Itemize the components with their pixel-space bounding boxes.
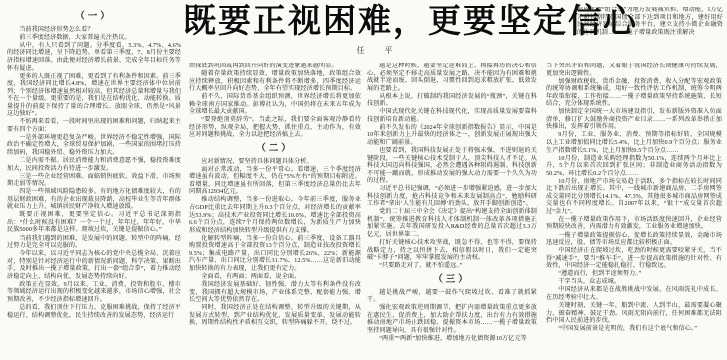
paragraph: 化解转型阵痛，当多一份自信心。前三季度，设备工器具购置投资增速高于全部投资13个… [189, 236, 361, 274]
text-column-4: 当下突出矛盾和问题，又着眼于我国经济长期健康可持续发展，更加突出逻辑性。加强财政… [546, 63, 722, 354]
paragraph: 前不久发布的《2024年全球创新指数报告》显示，中国是10年来创新力上升最快的经… [367, 125, 537, 148]
paragraph: 加快制定全国统一大市场建设指引，发布新版外资准入负面清单，修订扩大鼓励外商投资产… [546, 109, 722, 132]
headline-block: 既要正视困难，更要坚定信心 任 平 [183, 2, 575, 60]
paragraph: 一是外部环境更趋复杂严峻。世界经济不稳定性增强，国际政治不确定性增大，全球贸易保… [7, 135, 181, 158]
paragraph: 加强财政税收、货币金融、投资消费、收入分配等宏观政策的统筹协调和系统集成，用好一… [546, 79, 722, 109]
paragraph: 10月份，房地产市场交易趋于活跃，多个指标在较长时间同比下跌后出现正增长。其中，… [546, 179, 722, 217]
paragraph: 应对新情况，要坚持具体问题具体分析。 [189, 159, 361, 167]
paragraph: “中国发展前景是光明的，我们有这个底气和信心。” [546, 326, 722, 334]
paragraph: 越是这种时候，越要坚定迎难而上、再接再厉的决心和信心，必须坚定不移走高质量发展之… [367, 63, 537, 93]
section-heading: （一） [7, 12, 181, 24]
paragraph: 10月份，制造业采购经理指数为50.1%，连续两个月环比上升，5个月以来首次回到… [546, 156, 722, 179]
paragraph: 政策正在显效。9月以来，工业、消费、投资和股市、楼市等领域经济运行出现的积极变化… [7, 282, 181, 305]
author-byline: 任 平 [183, 45, 575, 56]
paragraph: “遵道而行，但到半途须努力。” [546, 271, 722, 279]
page-title: 既要正视困难，更要坚定信心 [183, 2, 575, 40]
paragraph: 当前我们遇到的困难，是发展中的问题、转型中的阵痛，经过努力是完全可以克服的。 [7, 236, 181, 251]
paragraph: 更多的人既正视了困难，更看到了有利条件和因素。前三季度，我国经济同比增长4.8%… [7, 74, 181, 119]
paragraph: 打好关键核心技术攻坚战，既急不得，也等不得，要保持战略定力，持之以恒拼下去，相信… [367, 240, 537, 263]
text-column-4-headline-wrap: 形成化债“组合拳”为地方发展减负担、增动能，1万亿元超长期特别国债全部下达到项目… [577, 7, 723, 61]
text-column-1: （一）当前我国经济形势怎么看？前三季度经济数据，大家普遍关注热议。从中，有人只看… [7, 8, 181, 354]
paragraph: 中国式现代化关键在科技现代化，实现高质量发展要靠科技创新培育新动能。 [367, 109, 537, 124]
paragraph: “两重”“两新”加快推进，增加地方化债资源10万亿元等 [367, 336, 537, 344]
paragraph: 总的看，我们顶住下行压力、克服困难挑战，保持了经济平稳运行、结构调整优化、民生持… [7, 305, 181, 320]
newspaper-page: 既要正视困难，更要坚定信心 任 平 （一）当前我国经济形势怎么看？前三季度经济数… [0, 0, 727, 360]
paragraph: 从中，有人只看到了问题。分季度看，5.3%、4.7%、4.6%的经济同比增速，呈… [7, 43, 181, 73]
paragraph: 关键时刻，关键一年，船到中流、人到半山，最需要凝心聚力、振奋精神、鼓足干劲。风雨… [546, 303, 722, 326]
paragraph: 前不久，国际货币基金组织预测，世界经济增长将更加依赖全球南方国家推动。彭博社认为… [189, 94, 361, 117]
paragraph: 既要正视困难，更要坚定信心。习近平总书记深刻指出：“什么时候没有困难？一个一个过… [7, 212, 181, 235]
paragraph: 从根本上说，打破制约我国经济发展的“瓶颈”，关键在科技创新。 [367, 94, 537, 109]
paragraph: 随着存量政策持续显效、增量政策加快落地，政策组合效应持续释放，积极因素和有利条件… [189, 71, 361, 94]
paragraph: 二是内需不振。居民消费能力和消费意愿不强，稳投资难度加大，民间投资活力有待进一步… [7, 158, 181, 173]
paragraph: 面对正常波动，当多一份平常心。看增速，三个季度经济增速虽有波动，但幅度不大，仍在… [189, 167, 361, 197]
paragraph: 今年以来，以习近平同志为核心的党中央总揽全局、沉着应对，特别是针对经济运行中的新… [7, 251, 181, 281]
paragraph: 推动结构调整，当多一份进取心。今年前三季度，服务业占GDP比重比去年同期上升0.… [189, 197, 361, 235]
paragraph: 不妨再来看看，一段时间里出现的困难和问题，归纳起来主要有四个方面： [7, 119, 181, 134]
section-heading: （二） [189, 144, 361, 156]
paragraph: “只要路走对了，就不怕遥远。” [367, 263, 537, 271]
paragraph: 前三季度经济数据，大家普遍关注热议。 [7, 35, 181, 43]
paragraph: 9月份，工业、服务业、消费、预期等指标好转，全国规模以上工业增加值同比增长5.4… [546, 132, 722, 155]
section-heading: （三） [367, 275, 537, 287]
paragraph: 习近平总书记强调，“必须进一步增强紧迫感，进一步加大科技创新力度，抢占科技竞争和… [367, 186, 537, 209]
paragraph: 干字当头，众志成城。 [546, 279, 722, 287]
paragraph: 同时，我国经济正处在结构调整、转型升级的关键期，从发展方式转型，到产业结构优化，… [189, 305, 361, 328]
paragraph: 强化宏观政策逆周期调节，把扩内需增量政策重点更多放在惠民生、促消费上，加大助企帮… [367, 305, 537, 335]
paragraph: “要登绝顶莫辞劳”。当此之际，我们要全面客观冷静看待经济形势，纵观全局、把握大势… [189, 117, 361, 140]
paragraph: 我国经济发展基础好、韧性强、潜力大等有利条件没有改变，我国拥有超大规模市场，产业… [189, 282, 361, 305]
paragraph: 也要看到，我国科技发展正处于将强未强、不进则退的关键阶段，一些关键核心技术受制于… [367, 148, 537, 186]
text-column-3: 越是这种时候，越要坚定迎难而上、再接再厉的决心和信心，必须坚定不移走高质量发展之… [367, 63, 537, 354]
paragraph: 中国经济正在爬坡过坎，吃劲的时候更需要咬紧牙关，当不得“减速手”，要当“推车手”… [546, 248, 722, 271]
paragraph: 全面看，有两面；两面看，说全面。 [189, 274, 361, 282]
paragraph: 由探底到巩固或再到回升向好的演变迹象越来越明显。 [189, 63, 361, 71]
paragraph: 在一揽子增量政策作用下，市场活跃度快速回升，企业经营预期较快改善，内需潜力有效激… [546, 217, 722, 232]
paragraph: 一揽子增量政策提振信心、促增长政策持续显效，金融市场迅速反应，股、债等市场反应都… [546, 233, 722, 248]
paragraph: 党的二十届三中全会《决定》提出“构建支持全面创新体制机制”，统筹推进教育科技人才… [367, 209, 537, 239]
paragraph: 三是一些企业经营困难。面临销售疲软、效益下滑、市场预期走弱等情况。 [7, 174, 181, 189]
paragraph: 当下突出矛盾和问题，又着眼于我国经济长期健康可持续发展，更加突出逻辑性。 [546, 63, 722, 78]
paragraph: 中国经济从来都是在战胜挑战中发展、在风雨洗礼中成长、在历经考验中壮大。 [546, 287, 722, 302]
text-column-2: 由探底到巩固或再到回升向好的演变迹象越来越明显。随着存量政策持续显效、增量政策加… [189, 63, 361, 354]
paragraph: 当前我国经济形势怎么看？ [7, 27, 181, 35]
paragraph: 四是一些领域风险隐患较多。有的地方化债难度较大，有的基层财政困难，有的企业出现裁… [7, 189, 181, 212]
paragraph: 越是挑战严峻，越要一鼓作气爬坡过坎、看准了就抓紧干。 [367, 290, 537, 305]
paragraph: 形成化债“组合拳”为地方发展减负担、增动能，1万亿元超长期特别国债全部下达到项目… [577, 7, 723, 37]
